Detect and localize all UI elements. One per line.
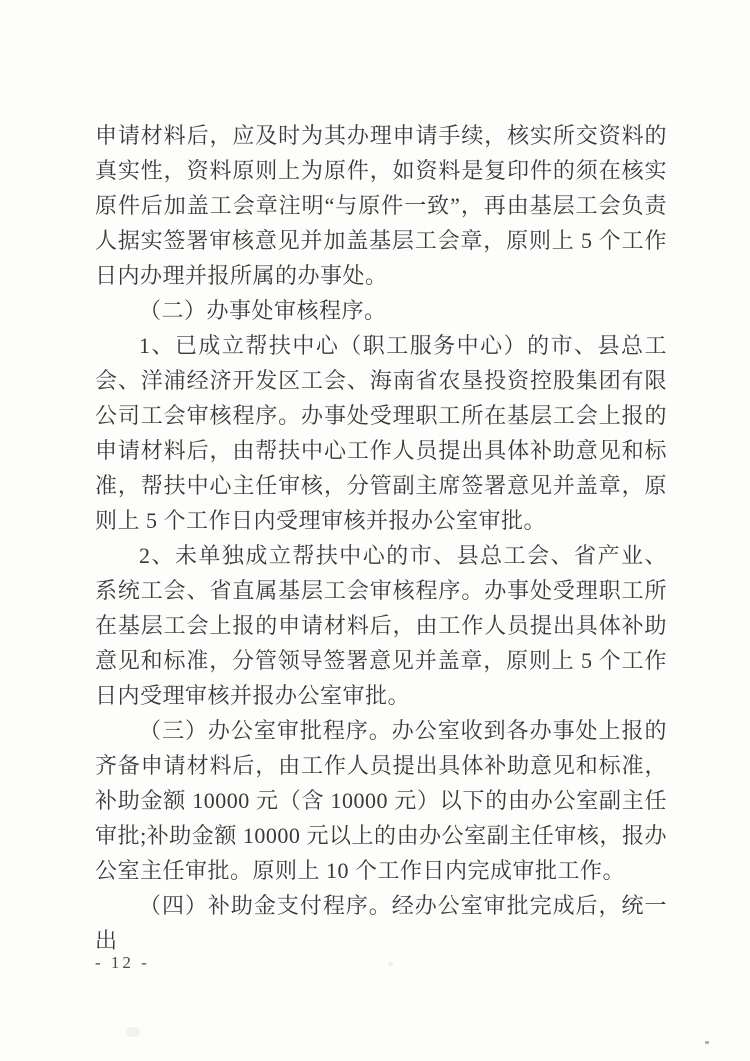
- document-paragraph: （三）办公室审批程序。办公室收到各办事处上报的齐备申请材料后，由工作人员提出具体…: [95, 713, 667, 888]
- document-paragraph: 申请材料后，应及时为其办理申请手续，核实所交资料的真实性，资料原则上为原件，如资…: [95, 118, 667, 293]
- page-number: - 12 -: [95, 953, 150, 973]
- document-paragraph: 1、已成立帮扶中心（职工服务中心）的市、县总工会、洋浦经济开发区工会、海南省农垦…: [95, 328, 667, 538]
- scan-artifact-smudge: [126, 1027, 140, 1037]
- scan-artifact-speck: [705, 1041, 709, 1044]
- scan-artifact-dot: [388, 962, 393, 966]
- document-paragraph: （二）办事处审核程序。: [95, 293, 667, 328]
- scanned-document-page: 申请材料后，应及时为其办理申请手续，核实所交资料的真实性，资料原则上为原件，如资…: [0, 0, 750, 1061]
- document-paragraph: （四）补助金支付程序。经办公室审批完成后，统一出: [95, 888, 667, 958]
- document-body: 申请材料后，应及时为其办理申请手续，核实所交资料的真实性，资料原则上为原件，如资…: [95, 118, 667, 958]
- document-paragraph: 2、未单独成立帮扶中心的市、县总工会、省产业、系统工会、省直属基层工会审核程序。…: [95, 538, 667, 713]
